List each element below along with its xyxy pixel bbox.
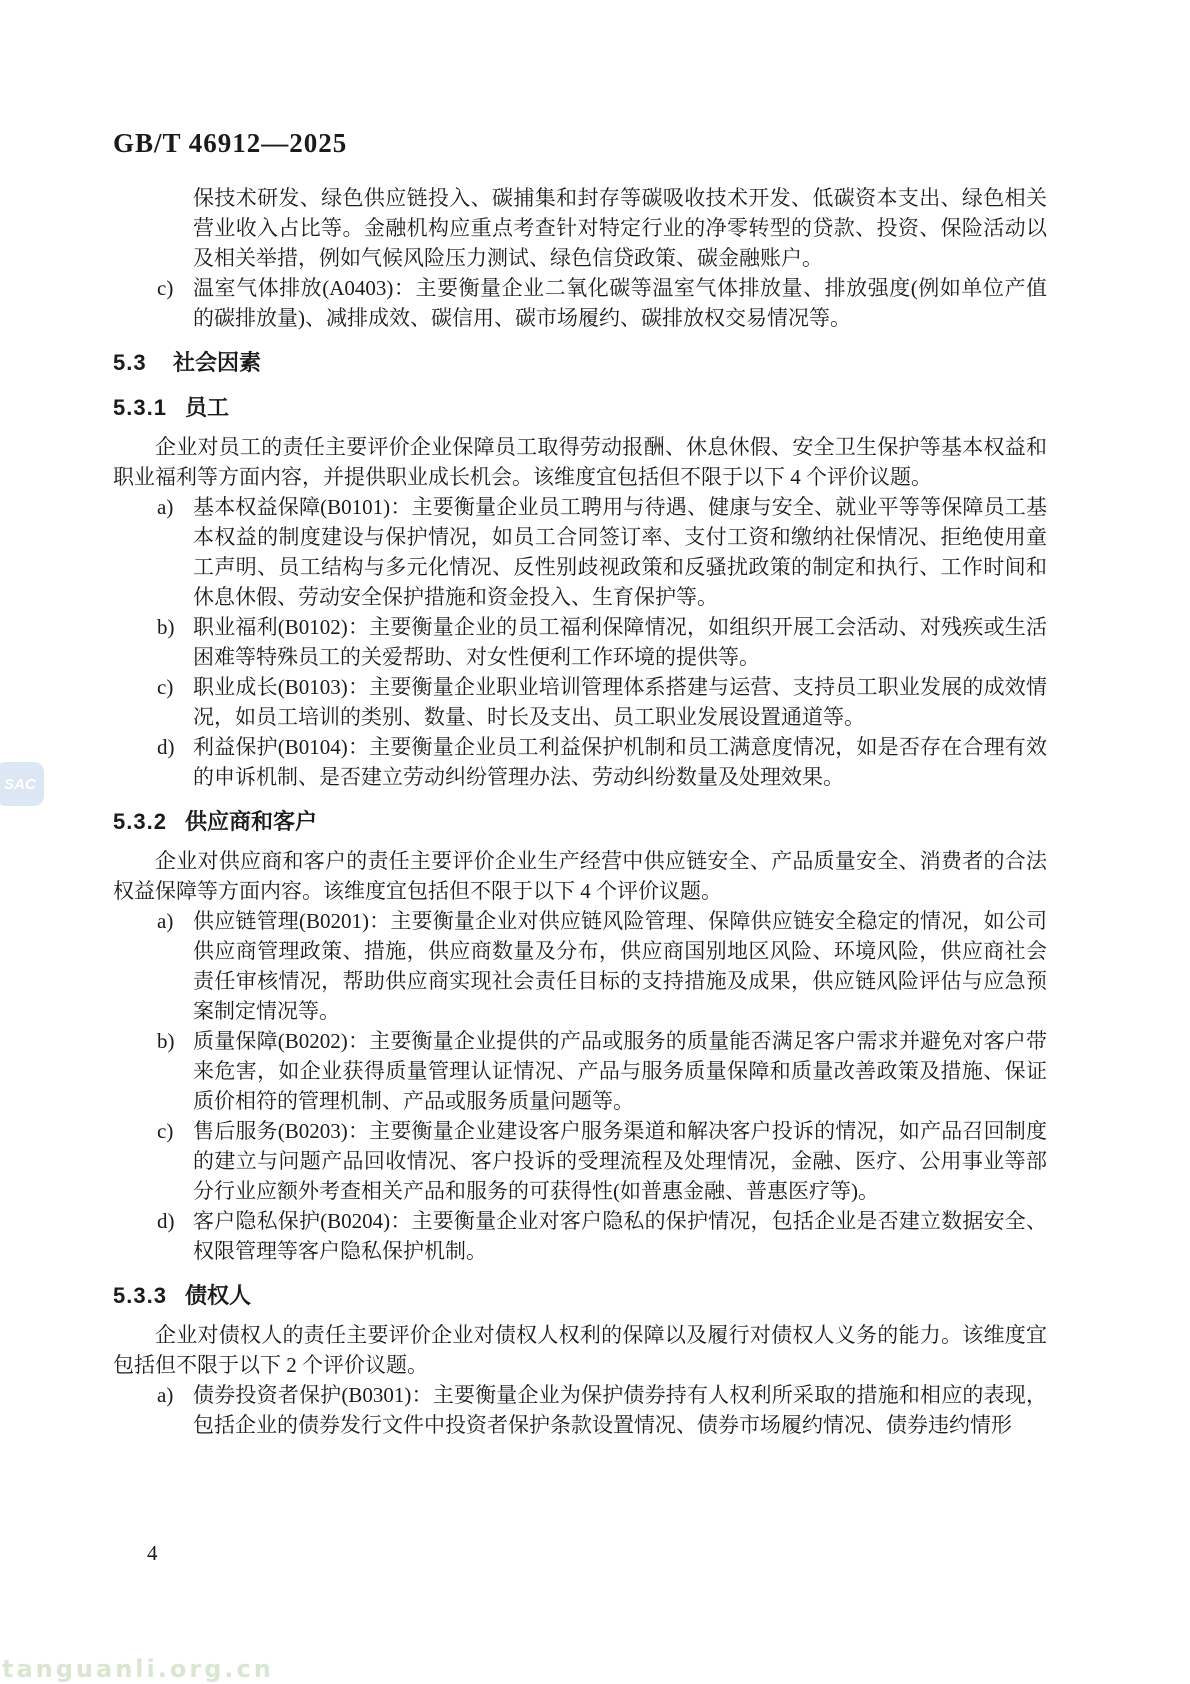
section-heading: 5.3.3债权人 [113,1281,1047,1311]
section-number: 5.3.3 [113,1281,167,1311]
watermark-text: tanguanli.org.cn [2,1655,274,1683]
list-item-letter: c) [157,1116,173,1146]
list-item: a)基本权益保障(B0101)：主要衡量企业员工聘用与待遇、健康与安全、就业平等… [113,492,1047,612]
section-title: 社会因素 [173,350,261,375]
section-title: 债权人 [185,1283,251,1308]
list-item-text: 温室气体排放(A0403)：主要衡量企业二氧化碳等温室气体排放量、排放强度(例如… [193,276,1047,330]
page-number: 4 [147,1541,158,1566]
sac-logo-text: SAC [4,776,36,793]
list-item: b)职业福利(B0102)：主要衡量企业的员工福利保障情况，如组织开展工会活动、… [113,612,1047,672]
list-item-text: 质量保障(B0202)：主要衡量企业提供的产品或服务的质量能否满足客户需求并避免… [193,1029,1047,1113]
section-heading: 5.3.1员工 [113,393,1047,423]
list-item-text: 债券投资者保护(B0301)：主要衡量企业为保护债券持有人权利所采取的措施和相应… [193,1383,1047,1437]
section-title: 员工 [185,395,229,420]
section-heading: 5.3社会因素 [113,348,1047,378]
list-item: a)供应链管理(B0201)：主要衡量企业对供应链风险管理、保障供应链安全稳定的… [113,906,1047,1026]
list-item-text: 售后服务(B0203)：主要衡量企业建设客户服务渠道和解决客户投诉的情况，如产品… [193,1119,1047,1203]
list-item: c)职业成长(B0103)：主要衡量企业职业培训管理体系搭建与运营、支持员工职业… [113,672,1047,732]
paragraph: 企业对债权人的责任主要评价企业对债权人权利的保障以及履行对债权人义务的能力。该维… [113,1320,1047,1380]
list-item: a)债券投资者保护(B0301)：主要衡量企业为保护债券持有人权利所采取的措施和… [113,1380,1047,1440]
list-item: c)温室气体排放(A0403)：主要衡量企业二氧化碳等温室气体排放量、排放强度(… [113,273,1047,333]
sac-logo: SAC [0,762,44,806]
list-item-letter: b) [157,612,175,642]
section-number: 5.3.1 [113,393,167,423]
list-item-text: 基本权益保障(B0101)：主要衡量企业员工聘用与待遇、健康与安全、就业平等等保… [193,495,1047,609]
paragraph: 企业对员工的责任主要评价企业保障员工取得劳动报酬、休息休假、安全卫生保护等基本权… [113,432,1047,492]
continuation-paragraph: 保技术研发、绿色供应链投入、碳捕集和封存等碳吸收技术开发、低碳资本支出、绿色相关… [193,183,1047,273]
list-item-letter: c) [157,672,173,702]
list-item-text: 职业成长(B0103)：主要衡量企业职业培训管理体系搭建与运营、支持员工职业发展… [193,675,1047,729]
list-item: c)售后服务(B0203)：主要衡量企业建设客户服务渠道和解决客户投诉的情况，如… [113,1116,1047,1206]
list-item-letter: b) [157,1026,175,1056]
list-item-letter: a) [157,1380,173,1410]
list-item: d)客户隐私保护(B0204)：主要衡量企业对客户隐私的保护情况，包括企业是否建… [113,1206,1047,1266]
list-item: b)质量保障(B0202)：主要衡量企业提供的产品或服务的质量能否满足客户需求并… [113,1026,1047,1116]
section-number: 5.3 [113,348,155,378]
list-item-text: 客户隐私保护(B0204)：主要衡量企业对客户隐私的保护情况，包括企业是否建立数… [193,1209,1047,1263]
document-page: GB/T 46912—2025 SAC 保技术研发、绿色供应链投入、碳捕集和封存… [0,0,1190,1684]
section-number: 5.3.2 [113,807,167,837]
list-item-text: 供应链管理(B0201)：主要衡量企业对供应链风险管理、保障供应链安全稳定的情况… [193,909,1047,1023]
list-item-letter: d) [157,732,175,762]
standard-number: GB/T 46912—2025 [113,128,347,159]
list-item-letter: c) [157,273,173,303]
list-item: d)利益保护(B0104)：主要衡量企业员工利益保护机制和员工满意度情况，如是否… [113,732,1047,792]
section-heading: 5.3.2供应商和客户 [113,807,1047,837]
list-item-letter: d) [157,1206,175,1236]
content: 保技术研发、绿色供应链投入、碳捕集和封存等碳吸收技术开发、低碳资本支出、绿色相关… [113,183,1047,1440]
paragraph: 企业对供应商和客户的责任主要评价企业生产经营中供应链安全、产品质量安全、消费者的… [113,846,1047,906]
list-item-letter: a) [157,906,173,936]
list-item-text: 利益保护(B0104)：主要衡量企业员工利益保护机制和员工满意度情况，如是否存在… [193,735,1047,789]
section-title: 供应商和客户 [185,809,317,834]
list-item-letter: a) [157,492,173,522]
list-item-text: 职业福利(B0102)：主要衡量企业的员工福利保障情况，如组织开展工会活动、对残… [193,615,1047,669]
